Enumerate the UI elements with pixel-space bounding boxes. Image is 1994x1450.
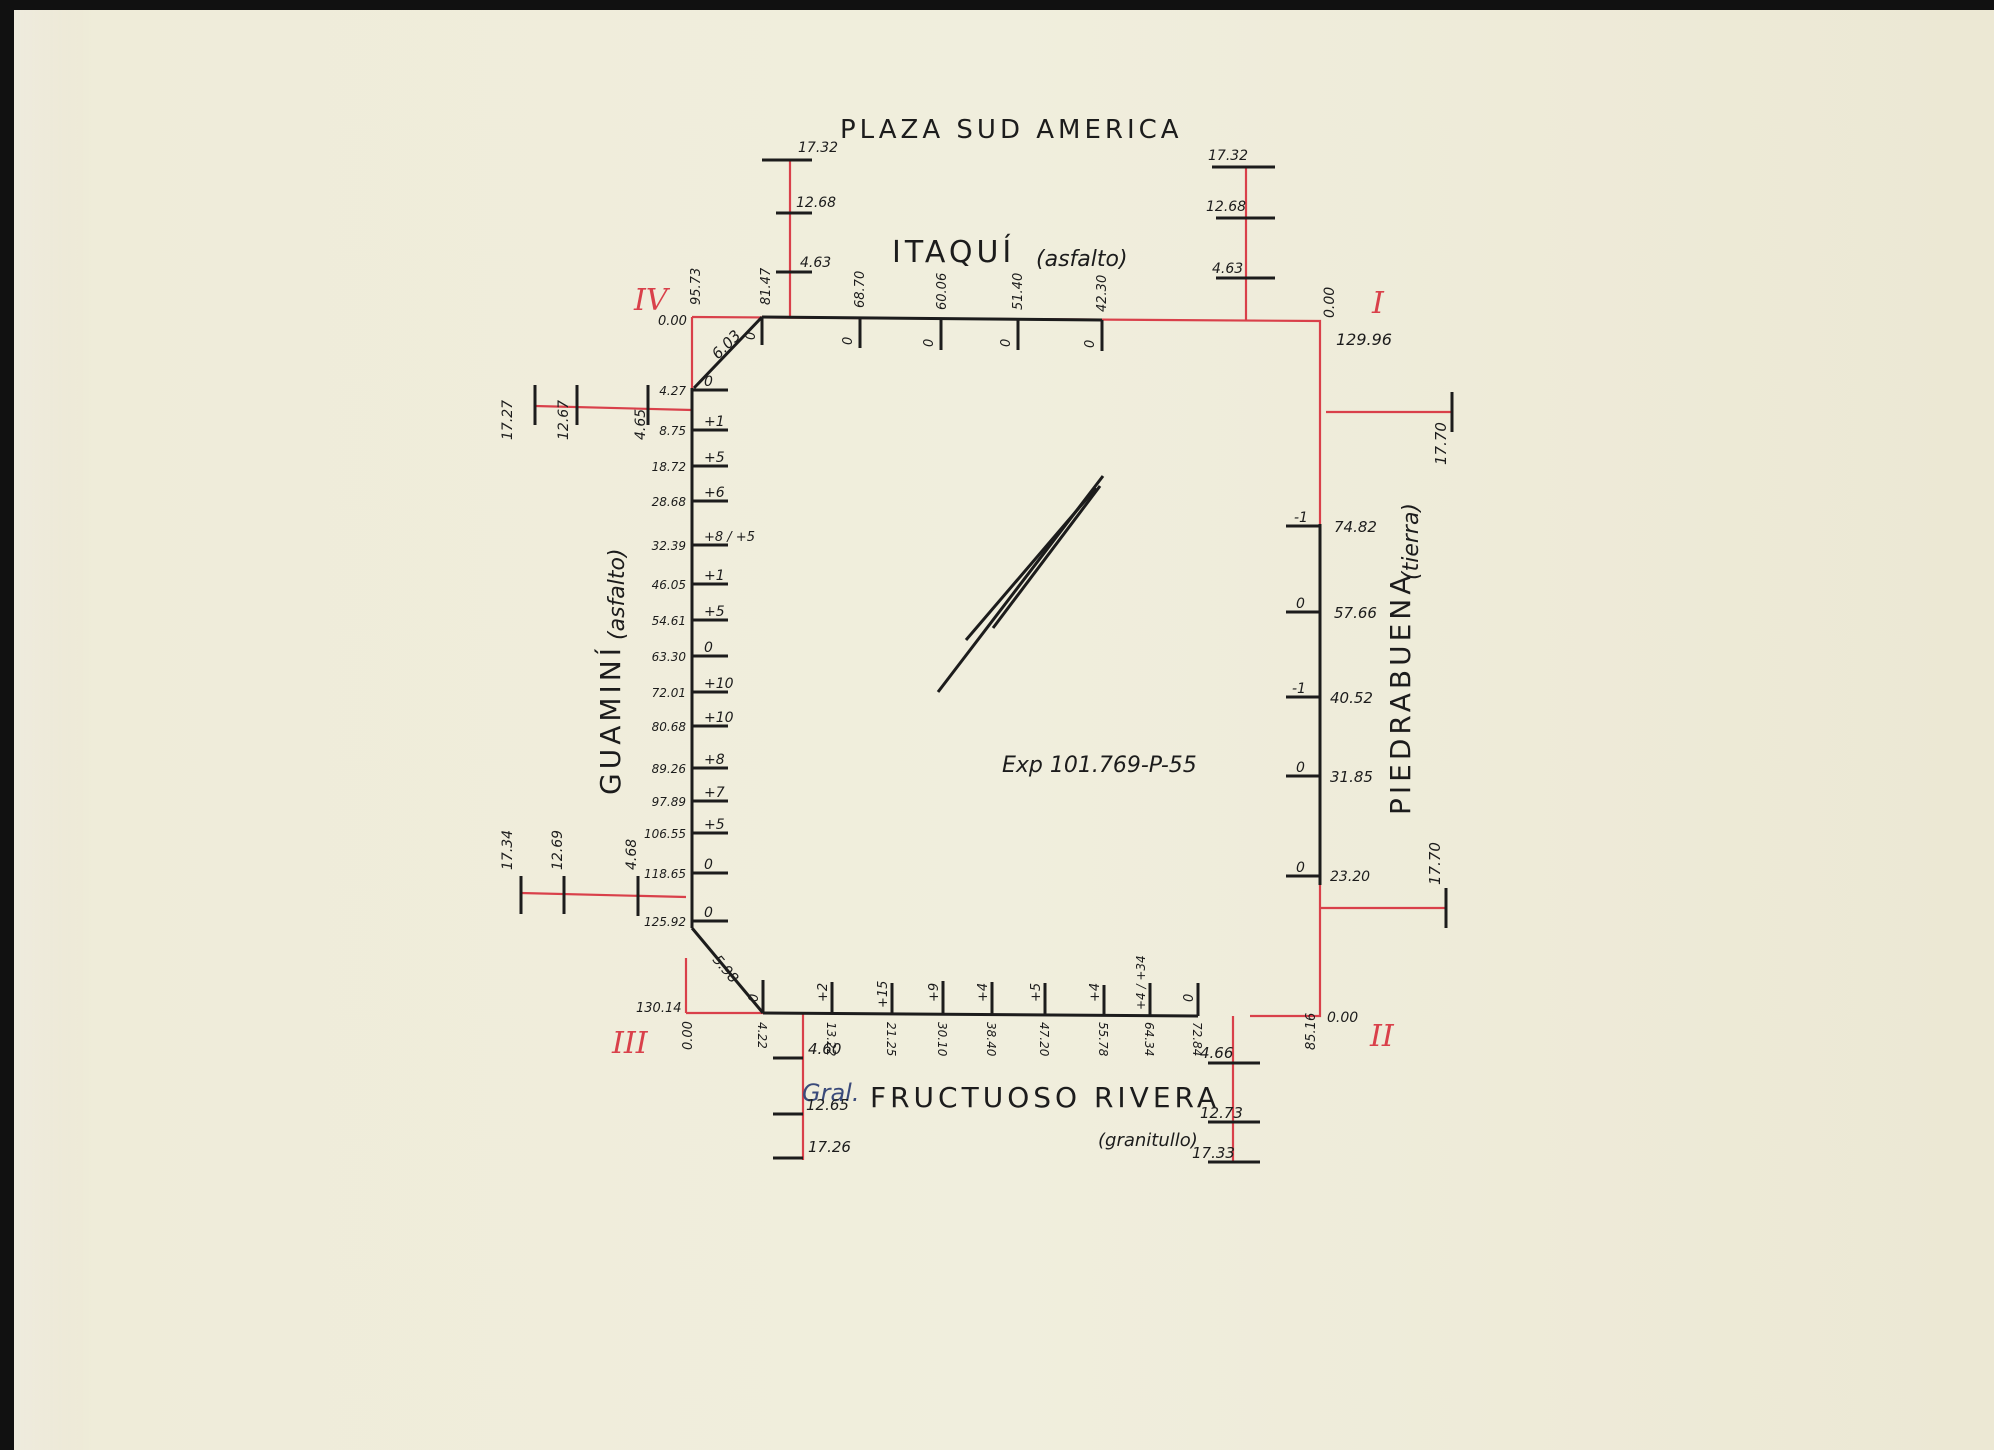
svg-text:4.63: 4.63 — [800, 255, 831, 271]
svg-text:4.22: 4.22 — [755, 1022, 769, 1049]
svg-text:17.27: 17.27 — [500, 400, 516, 440]
plaza-sud-america-label: PLAZA SUD AMERICA — [840, 115, 1183, 145]
svg-text:118.65: 118.65 — [644, 867, 686, 881]
svg-text:51.40: 51.40 — [1011, 273, 1026, 310]
svg-text:+10: +10 — [704, 676, 734, 692]
svg-text:21.25: 21.25 — [884, 1022, 898, 1056]
svg-text:60.06: 60.06 — [935, 273, 950, 310]
svg-text:0: 0 — [704, 374, 713, 390]
svg-text:63.30: 63.30 — [652, 650, 687, 664]
itaqui-surface: (asfalto) — [1036, 247, 1128, 272]
corner-iii-length: 130.14 — [636, 1001, 682, 1016]
street-name-itaqui: ITAQUÍ — [892, 234, 1015, 270]
svg-text:12.68: 12.68 — [796, 195, 836, 211]
svg-text:6.03: 6.03 — [708, 326, 744, 362]
svg-text:0: 0 — [1296, 860, 1305, 876]
svg-text:17.32: 17.32 — [798, 140, 838, 156]
svg-text:0: 0 — [704, 905, 713, 921]
svg-text:+4: +4 — [1088, 983, 1103, 1002]
svg-text:30.10: 30.10 — [935, 1022, 949, 1057]
svg-text:12.73: 12.73 — [1200, 1104, 1243, 1122]
street-name-guamini: GUAMINÍ — [593, 644, 627, 795]
svg-text:0: 0 — [747, 994, 762, 1002]
svg-text:+4: +4 — [976, 983, 991, 1002]
svg-text:81.47: 81.47 — [759, 267, 774, 305]
corner-ii-zero: 0.00 — [1327, 1010, 1358, 1026]
svg-text:47.20: 47.20 — [1037, 1022, 1051, 1057]
svg-text:17.70: 17.70 — [1426, 842, 1444, 885]
svg-text:+2: +2 — [816, 983, 831, 1002]
corner-iv-label: IV — [633, 283, 671, 318]
corner-i-length: 129.96 — [1336, 330, 1392, 349]
svg-text:55.78: 55.78 — [1096, 1022, 1110, 1057]
svg-text:+7: +7 — [704, 785, 725, 801]
svg-text:0: 0 — [744, 332, 759, 340]
svg-text:0: 0 — [1083, 340, 1098, 348]
corner-i-label: I — [1371, 286, 1385, 321]
svg-text:+15: +15 — [876, 981, 891, 1008]
svg-text:40.52: 40.52 — [1330, 689, 1373, 707]
svg-text:+9: +9 — [927, 983, 942, 1002]
svg-text:-1: -1 — [1294, 510, 1308, 526]
svg-text:89.26: 89.26 — [652, 762, 687, 776]
corner-iv-zero: 0.00 — [658, 314, 687, 329]
svg-text:68.70: 68.70 — [853, 271, 868, 308]
svg-text:+1: +1 — [704, 568, 725, 584]
svg-text:0: 0 — [1182, 994, 1197, 1002]
svg-text:+4 / +34: +4 / +34 — [1134, 955, 1148, 1010]
svg-text:17.70: 17.70 — [1432, 422, 1450, 465]
svg-text:38.40: 38.40 — [984, 1022, 998, 1057]
piedrabuena-surface: (tierra) — [1399, 503, 1424, 580]
svg-text:32.39: 32.39 — [652, 539, 686, 553]
corner-i-zero: 0.00 — [1322, 287, 1338, 318]
svg-text:-1: -1 — [1292, 681, 1306, 697]
svg-text:57.66: 57.66 — [1334, 604, 1377, 622]
corner-ii-length: 85.16 — [1304, 1013, 1319, 1050]
corner-iii-zero: 0.00 — [681, 1021, 696, 1050]
itaqui-cross-levels: 17.32 12.68 4.63 17.32 12.68 4.63 — [796, 140, 1248, 277]
svg-text:80.68: 80.68 — [652, 720, 687, 734]
svg-text:64.34: 64.34 — [1142, 1022, 1156, 1056]
svg-text:17.33: 17.33 — [1192, 1144, 1235, 1162]
svg-text:+5: +5 — [704, 450, 725, 466]
svg-text:12.69: 12.69 — [550, 830, 566, 870]
svg-text:54.61: 54.61 — [652, 614, 686, 628]
svg-text:106.55: 106.55 — [644, 827, 686, 841]
svg-text:12.65: 12.65 — [806, 1096, 849, 1114]
svg-text:4.27: 4.27 — [659, 384, 686, 398]
svg-text:46.05: 46.05 — [652, 578, 686, 592]
svg-text:17.34: 17.34 — [500, 830, 516, 870]
svg-text:28.68: 28.68 — [652, 495, 687, 509]
itaqui-stations: 81.47 68.70 60.06 51.40 42.30 0 0 0 0 0 … — [708, 267, 1110, 363]
svg-text:74.82: 74.82 — [1334, 518, 1377, 536]
svg-text:+1: +1 — [704, 414, 725, 430]
svg-text:23.20: 23.20 — [1330, 869, 1370, 885]
svg-text:0: 0 — [841, 337, 856, 345]
svg-text:+5: +5 — [704, 604, 725, 620]
svg-text:+10: +10 — [704, 710, 734, 726]
svg-text:8.75: 8.75 — [659, 424, 686, 438]
svg-text:97.89: 97.89 — [652, 795, 686, 809]
svg-text:42.30: 42.30 — [1095, 275, 1110, 312]
svg-text:12.67: 12.67 — [556, 400, 572, 440]
street-name-piedrabuena: PIEDRABUENA — [1384, 572, 1417, 815]
corner-iv-length: 95.73 — [689, 268, 704, 305]
svg-text:0: 0 — [1296, 596, 1305, 612]
survey-diagram: PLAZA SUD AMERICA ITAQUÍ (asfalto) GUAMI… — [0, 0, 1994, 1450]
fructuoso-rivera-surface: (granitullo) — [1098, 1130, 1198, 1151]
svg-text:125.92: 125.92 — [644, 915, 686, 929]
svg-text:+5: +5 — [1029, 983, 1044, 1002]
expediente-reference: Exp 101.769-P-55 — [1002, 753, 1197, 778]
svg-text:31.85: 31.85 — [1330, 768, 1373, 786]
svg-text:4.66: 4.66 — [1200, 1044, 1233, 1062]
svg-text:+6: +6 — [704, 485, 725, 501]
svg-text:4.65: 4.65 — [633, 409, 649, 440]
svg-text:0: 0 — [999, 339, 1014, 347]
svg-text:17.26: 17.26 — [808, 1138, 851, 1156]
svg-text:0: 0 — [1296, 760, 1305, 776]
svg-text:0: 0 — [704, 857, 713, 873]
corner-ii-label: II — [1369, 1019, 1395, 1054]
svg-text:+8: +8 — [704, 752, 725, 768]
svg-text:4.68: 4.68 — [624, 839, 640, 870]
svg-text:+8 / +5: +8 / +5 — [704, 530, 755, 545]
guamini-surface: (asfalto) — [605, 548, 630, 640]
svg-text:0: 0 — [704, 640, 713, 656]
street-name-fructuoso-rivera: FRUCTUOSO RIVERA — [870, 1081, 1220, 1114]
svg-text:12.68: 12.68 — [1206, 199, 1246, 215]
svg-text:4.63: 4.63 — [1212, 261, 1243, 277]
svg-text:+5: +5 — [704, 817, 725, 833]
corner-iii-label: III — [611, 1026, 649, 1061]
svg-text:18.72: 18.72 — [652, 460, 686, 474]
svg-text:72.01: 72.01 — [652, 686, 686, 700]
svg-text:0: 0 — [922, 339, 937, 347]
svg-text:17.32: 17.32 — [1208, 148, 1248, 164]
svg-text:4.60: 4.60 — [808, 1040, 841, 1058]
piedrabuena-stations: 74.82 57.66 40.52 31.85 23.20 -1 0 -1 0 … — [1292, 422, 1450, 885]
